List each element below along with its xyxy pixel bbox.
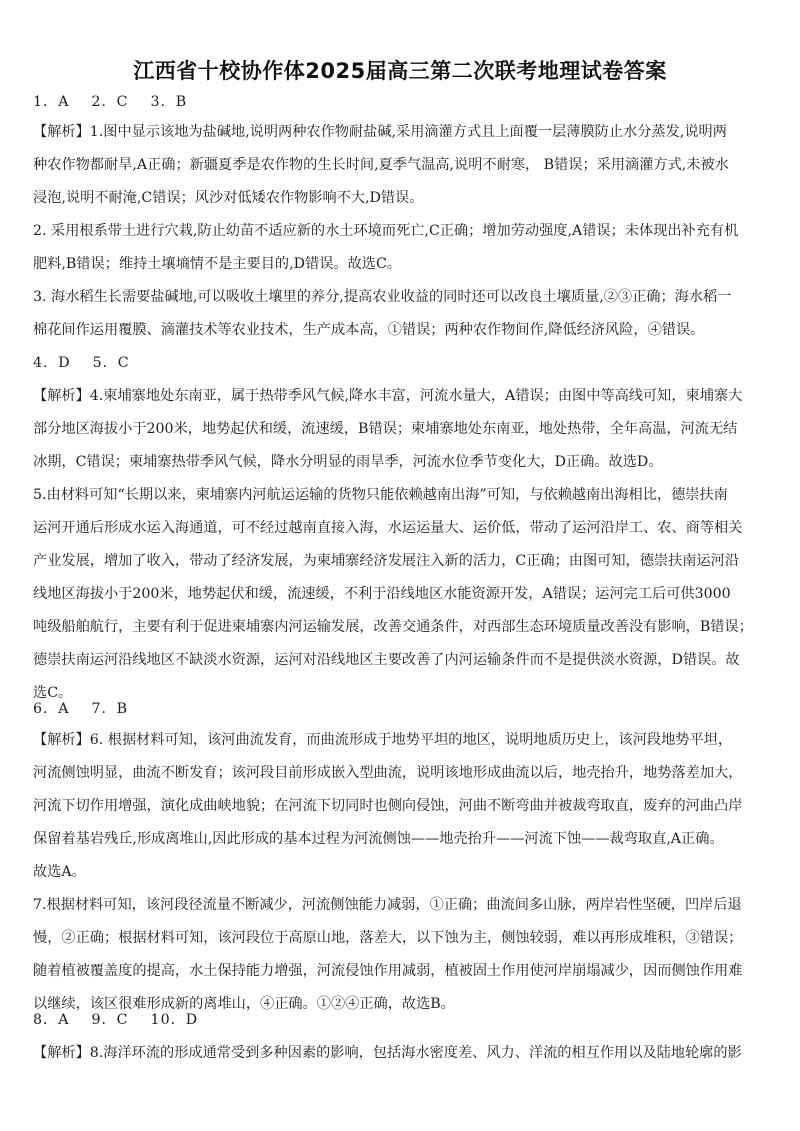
answer-sheet-page: 江西省十校协作体2025届高三第二次联考地理试卷答案 1．A2．C3．B 【解析… [0, 0, 800, 1131]
answer-item: 4．D [33, 353, 71, 373]
answer-item: 2．C [91, 92, 128, 112]
explanation-line: 部分地区海拔小于200米，地势起伏和缓，流速缓，B错误；柬埔寨地处东南亚，地处热… [33, 419, 763, 439]
explanation-line: 浸泡,说明不耐淹,C错误；风沙对低矮农作物影响不大,D错误。 [33, 188, 763, 208]
explanation-line: 5.由材料可知“长期以来，柬埔寨内河航运运输的货物只能依赖越南出海”可知，与依赖… [33, 485, 763, 505]
explanation-line: 线地区海拔小于200米，地势起伏和缓，流速缓，不利于沿线地区水能资源开发，A错误… [33, 584, 763, 604]
answer-item: 5．C [93, 353, 130, 373]
explanation-line: 保留着基岩残丘,形成离堆山,因此形成的基本过程为河流侧蚀——地壳抬升——河流下蚀… [33, 829, 763, 849]
answer-item: 3．B [151, 92, 188, 112]
explanation-line: 种农作物都耐旱,A正确；新疆夏季是农作物的生长时间,夏季气温高,说明不耐寒， B… [33, 155, 763, 175]
explanation-line: 【解析】6. 根据材料可知，该河曲流发育，而曲流形成于地势平坦的地区，说明地质历… [33, 730, 763, 750]
answer-key-4-5: 4．D5．C [33, 353, 763, 373]
explanation-line: 河流侧蚀明显，曲流不断发育；该河段目前形成嵌入型曲流，说明该地形成曲流以后，地壳… [33, 763, 763, 783]
explanation-line: 7.根据材料可知，该河段径流量不断减少，河流侧蚀能力减弱，①正确；曲流间多山脉，… [33, 895, 763, 915]
answer-item: 9．C [91, 1010, 128, 1030]
answer-item: 7．B [91, 699, 128, 719]
explanation-line: 肥料,B错误；维持土壤墒情不是主要目的,D错误。故选C。 [33, 254, 763, 274]
answer-key-1-3: 1．A2．C3．B [33, 92, 763, 112]
document-title: 江西省十校协作体2025届高三第二次联考地理试卷答案 [0, 55, 800, 85]
explanation-line: 【解析】1.图中显示该地为盐碱地,说明两种农作物耐盐碱,采用滴灌方式且上面覆一层… [33, 122, 763, 142]
explanation-line: 河流下切作用增强，演化成曲峡地貌；在河流下切同时也侧向侵蚀，河曲不断弯曲并被裁弯… [33, 796, 763, 816]
explanation-line: 2. 采用根系带土进行穴栽,防止幼苗不适应新的水土环境而死亡,C正确；增加劳动强… [33, 221, 763, 241]
answer-item: 1．A [33, 92, 69, 112]
answer-item: 6．A [33, 699, 69, 719]
explanation-line: 【解析】8.海洋环流的形成通常受到多种因素的影响，包括海水密度差、风力、洋流的相… [33, 1043, 763, 1063]
explanation-line: 故选A。 [33, 862, 763, 882]
explanation-line: 冰期，C错误；柬埔寨热带季风气候，降水分明显的雨旱季，河流水位季节变化大，D正确… [33, 452, 763, 472]
explanation-line: 棉花间作运用覆膜、滴灌技术等农业技术，生产成本高，①错误；两种农作物间作,降低经… [33, 320, 763, 340]
explanation-line: 德崇扶南运河沿线地区不缺淡水资源，运河对沿线地区主要改善了内河运输条件而不是提供… [33, 650, 763, 670]
explanation-line: 随着植被覆盖度的提高，水土保持能力增强，河流侵蚀作用减弱，植被固土作用使河岸崩塌… [33, 961, 763, 981]
answer-key-6-7: 6．A7．B [33, 699, 763, 719]
explanation-line: 3. 海水稻生长需要盐碱地,可以吸收土壤里的养分,提高农业收益的同时还可以改良土… [33, 287, 763, 307]
explanation-line: 运河开通后形成水运入海通道，可不经过越南直接入海，水运运量大、运价低，带动了运河… [33, 518, 763, 538]
answer-item: 8．A [33, 1010, 69, 1030]
answer-item: 10．D [151, 1010, 199, 1030]
explanation-line: 产业发展，增加了收入，带动了经济发展，为柬埔寨经济发展注入新的活力，C正确；由图… [33, 551, 763, 571]
explanation-line: 【解析】4.柬埔寨地处东南亚，属于热带季风气候,降水丰富，河流水量大，A错误；由… [33, 386, 763, 406]
explanation-line: 慢，②正确；根据材料可知，该河段位于高原山地，落差大，以下蚀为主，侧蚀较弱，难以… [33, 928, 763, 948]
explanation-line: 吨级船舶航行，主要有利于促进柬埔寨内河运输发展，改善交通条件，对西部生态环境质量… [33, 617, 763, 637]
answer-key-8-10: 8．A9．C10．D [33, 1010, 763, 1030]
